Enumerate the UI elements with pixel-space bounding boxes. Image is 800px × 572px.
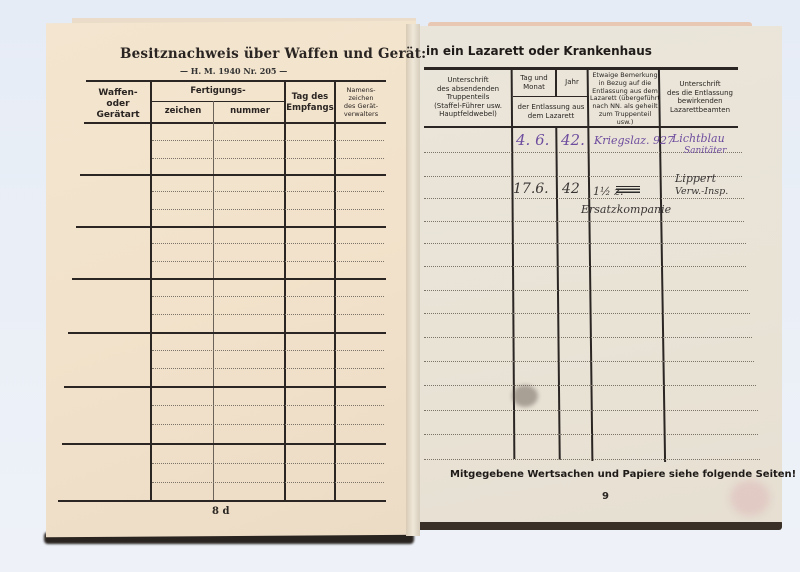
entry-1-day-month: 4. 6.	[516, 131, 549, 149]
dotted-line	[424, 198, 744, 199]
left-page-title: Besitznachweis über Waffen und Gerät:	[120, 46, 426, 62]
dotted-line	[152, 261, 384, 262]
ink-stain	[512, 385, 538, 407]
book-gutter	[406, 24, 420, 536]
header-waffen: Waffen- oder Gerätart	[86, 88, 150, 121]
crossed-out-text	[616, 186, 640, 193]
dotted-line	[152, 140, 384, 141]
header-sub-rule	[152, 101, 284, 102]
header-unterschrift-truppenteil: Unterschrift des absendenden Truppenteil…	[424, 76, 512, 119]
dotted-line	[152, 314, 384, 315]
header-tag-und-monat: Tag und Monat	[513, 74, 555, 91]
header-tag-des-empfangs: Tag des Empfangs	[286, 92, 334, 114]
right-page-footer-note: Mitgegebene Wertsachen und Papiere siehe…	[450, 469, 796, 480]
header-sub-rule-right	[513, 96, 589, 97]
dotted-line	[152, 296, 384, 297]
dotted-line	[424, 290, 748, 291]
left-page-subtitle: — H. M. 1940 Nr. 205 —	[180, 66, 287, 76]
header-bottom-rule	[84, 122, 386, 124]
dotted-line	[152, 463, 384, 464]
dotted-line	[424, 313, 750, 314]
dotted-line	[424, 361, 754, 362]
entry-2-day-month: 17.6.	[513, 181, 549, 197]
left-page-number: 8 d	[212, 506, 229, 517]
row-rule	[72, 278, 386, 280]
header-fertigungs: Fertigungs-	[152, 86, 284, 97]
dotted-line	[152, 191, 384, 192]
dotted-line	[424, 410, 758, 411]
entry-1-year: 42.	[561, 131, 585, 149]
dotted-line	[424, 243, 746, 244]
grid-line	[213, 101, 214, 500]
dotted-line	[424, 221, 744, 222]
dotted-line	[424, 434, 758, 435]
header-jahr: Jahr	[556, 78, 588, 87]
entry-1-remark: Kriegslaz. 927	[594, 134, 674, 147]
dotted-line	[152, 368, 384, 369]
dotted-line	[152, 405, 384, 406]
right-table-top-rule	[424, 67, 738, 70]
grid-line	[284, 80, 286, 500]
entry-2-year: 42	[562, 181, 580, 197]
grid-line	[555, 69, 557, 97]
grid-line	[334, 80, 336, 500]
header-namenszeichen: Namens- zeichen des Gerät- verwalters	[336, 86, 386, 118]
header-unterschrift-lazarettbeamten: Unterschrift des die Entlassung bewirken…	[662, 80, 738, 114]
right-page-number: 9	[602, 491, 609, 502]
header-entlassung-aus-lazarett: der Entlassung aus dem Lazarett	[513, 103, 589, 120]
grid-line	[150, 80, 152, 500]
row-rule	[76, 226, 386, 228]
table-top-rule	[86, 80, 386, 82]
entry-2-signature: Lippert Verw.-Insp.	[675, 172, 728, 198]
dotted-line	[424, 266, 746, 267]
entry-1-signature: Lichtblau Sanitäter	[672, 132, 726, 158]
right-page-title: in ein Lazarett oder Krankenhaus	[426, 44, 652, 58]
row-rule	[68, 332, 386, 334]
header-bemerkung: Etwaige Bemerkung in Bezug auf die Entla…	[590, 72, 660, 127]
header-zeichen: zeichen	[152, 106, 214, 117]
dotted-line	[152, 209, 384, 210]
right-header-bottom-rule	[424, 126, 738, 128]
dotted-line	[152, 424, 384, 425]
header-nummer: nummer	[216, 106, 284, 117]
dotted-line	[152, 482, 384, 483]
row-rule	[80, 174, 386, 176]
row-rule	[62, 443, 386, 445]
dotted-line	[152, 350, 384, 351]
dotted-line	[152, 158, 384, 159]
row-rule	[64, 386, 386, 388]
dotted-line	[424, 459, 760, 460]
discoloration	[730, 480, 770, 516]
table-bottom-rule	[58, 500, 386, 502]
dotted-line	[152, 243, 384, 244]
dotted-line	[424, 337, 752, 338]
dotted-line	[424, 385, 756, 386]
